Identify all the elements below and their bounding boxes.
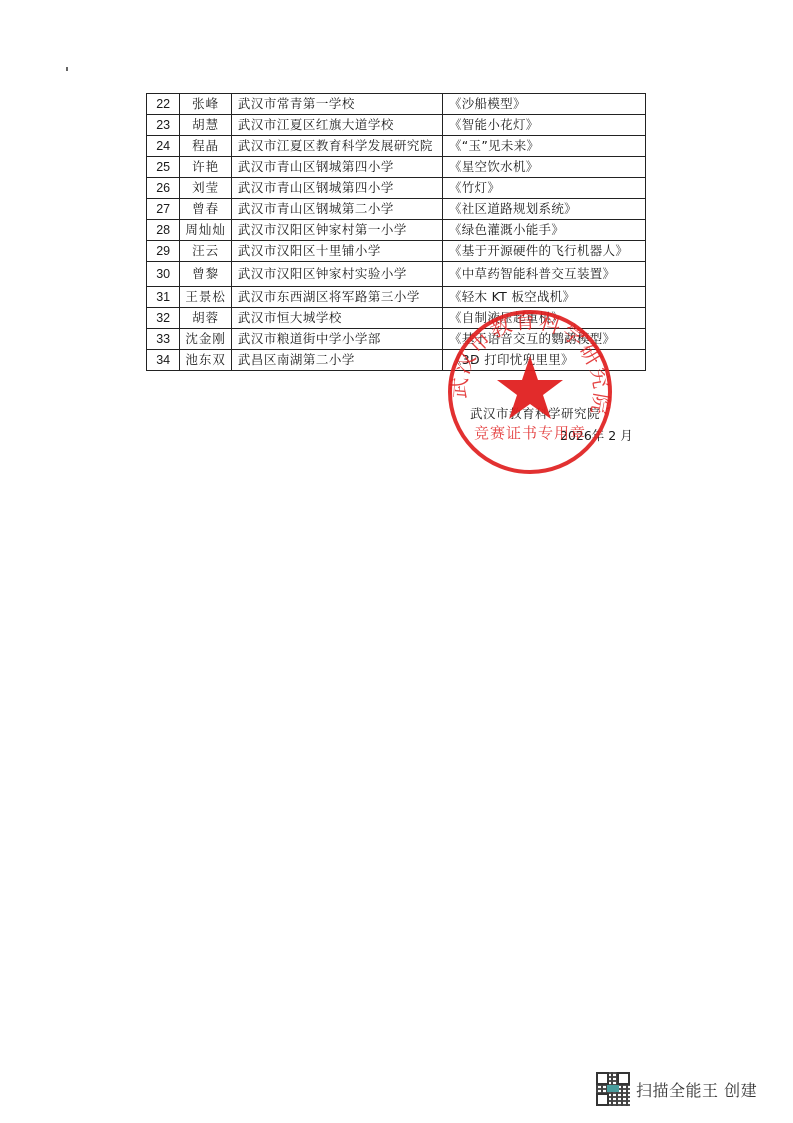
school-name: 武汉市青山区钢城第四小学 (231, 178, 442, 199)
participant-name: 许艳 (180, 157, 232, 178)
table-row: 32胡蓉武汉市恒大城学校《自制液压起重机》 (147, 308, 646, 329)
participant-name: 曾春 (180, 199, 232, 220)
participant-name: 池东双 (180, 350, 232, 371)
school-name: 武汉市江夏区红旗大道学校 (231, 115, 442, 136)
school-name: 武汉市汉阳区十里铺小学 (231, 241, 442, 262)
table-row: 27曾春武汉市青山区钢城第二小学《社区道路规划系统》 (147, 199, 646, 220)
row-number: 22 (147, 94, 180, 115)
work-title: 《轻木 KT 板空战机》 (442, 287, 645, 308)
work-title: 《智能小花灯》 (442, 115, 645, 136)
scan-speck (66, 67, 68, 71)
row-number: 23 (147, 115, 180, 136)
school-name: 武汉市常青第一学校 (231, 94, 442, 115)
table-row: 29汪云武汉市汉阳区十里铺小学《基于开源硬件的飞行机器人》 (147, 241, 646, 262)
work-title: 《中草药智能科普交互装置》 (442, 262, 645, 287)
row-number: 31 (147, 287, 180, 308)
row-number: 25 (147, 157, 180, 178)
participant-name: 沈金刚 (180, 329, 232, 350)
work-title: 《沙船模型》 (442, 94, 645, 115)
work-title: 《基于开源硬件的飞行机器人》 (442, 241, 645, 262)
school-name: 武汉市汉阳区钟家村实验小学 (231, 262, 442, 287)
participant-name: 周灿灿 (180, 220, 232, 241)
table-row: 34池东双武昌区南湖第二小学《3D 打印忧兜里里》 (147, 350, 646, 371)
school-name: 武昌区南湖第二小学 (231, 350, 442, 371)
work-title: 《绿色灌溉小能手》 (442, 220, 645, 241)
table-row: 24程晶武汉市江夏区教育科学发展研究院《“玉”见未来》 (147, 136, 646, 157)
signature-date: 2026年 2 月 (560, 426, 633, 444)
scanner-watermark: 扫描全能王 创建 (596, 1072, 757, 1106)
work-title: 《竹灯》 (442, 178, 645, 199)
school-name: 武汉市青山区钢城第四小学 (231, 157, 442, 178)
table-row: 30曾黎武汉市汉阳区钟家村实验小学《中草药智能科普交互装置》 (147, 262, 646, 287)
school-name: 武汉市江夏区教育科学发展研究院 (231, 136, 442, 157)
participant-name: 胡蓉 (180, 308, 232, 329)
participant-name: 刘莹 (180, 178, 232, 199)
table-row: 25许艳武汉市青山区钢城第四小学《星空饮水机》 (147, 157, 646, 178)
table-row: 31王景松武汉市东西湖区将军路第三小学《轻木 KT 板空战机》 (147, 287, 646, 308)
watermark-text: 扫描全能王 创建 (636, 1078, 757, 1101)
table-row: 22张峰武汉市常青第一学校《沙船模型》 (147, 94, 646, 115)
award-table: 22张峰武汉市常青第一学校《沙船模型》23胡慧武汉市江夏区红旗大道学校《智能小花… (146, 93, 646, 371)
table-row: 28周灿灿武汉市汉阳区钟家村第一小学《绿色灌溉小能手》 (147, 220, 646, 241)
row-number: 26 (147, 178, 180, 199)
work-title: 《“玉”见未来》 (442, 136, 645, 157)
table-row: 26刘莹武汉市青山区钢城第四小学《竹灯》 (147, 178, 646, 199)
row-number: 24 (147, 136, 180, 157)
participant-name: 张峰 (180, 94, 232, 115)
school-name: 武汉市青山区钢城第二小学 (231, 199, 442, 220)
row-number: 28 (147, 220, 180, 241)
participant-name: 程晶 (180, 136, 232, 157)
table-row: 33沈金刚武汉市粮道街中学小学部《基于语音交互的鹦鹉模型》 (147, 329, 646, 350)
school-name: 武汉市东西湖区将军路第三小学 (231, 287, 442, 308)
school-name: 武汉市汉阳区钟家村第一小学 (231, 220, 442, 241)
qr-code-icon (596, 1072, 630, 1106)
participant-name: 王景松 (180, 287, 232, 308)
work-title: 《星空饮水机》 (442, 157, 645, 178)
table-row: 23胡慧武汉市江夏区红旗大道学校《智能小花灯》 (147, 115, 646, 136)
school-name: 武汉市恒大城学校 (231, 308, 442, 329)
participant-name: 曾黎 (180, 262, 232, 287)
work-title: 《自制液压起重机》 (442, 308, 645, 329)
row-number: 34 (147, 350, 180, 371)
row-number: 30 (147, 262, 180, 287)
work-title: 《基于语音交互的鹦鹉模型》 (442, 329, 645, 350)
work-title: 《社区道路规划系统》 (442, 199, 645, 220)
work-title: 《3D 打印忧兜里里》 (442, 350, 645, 371)
row-number: 32 (147, 308, 180, 329)
signature-org: 武汉市教育科学研究院 (470, 404, 600, 422)
school-name: 武汉市粮道街中学小学部 (231, 329, 442, 350)
row-number: 29 (147, 241, 180, 262)
participant-name: 胡慧 (180, 115, 232, 136)
participant-name: 汪云 (180, 241, 232, 262)
row-number: 33 (147, 329, 180, 350)
row-number: 27 (147, 199, 180, 220)
